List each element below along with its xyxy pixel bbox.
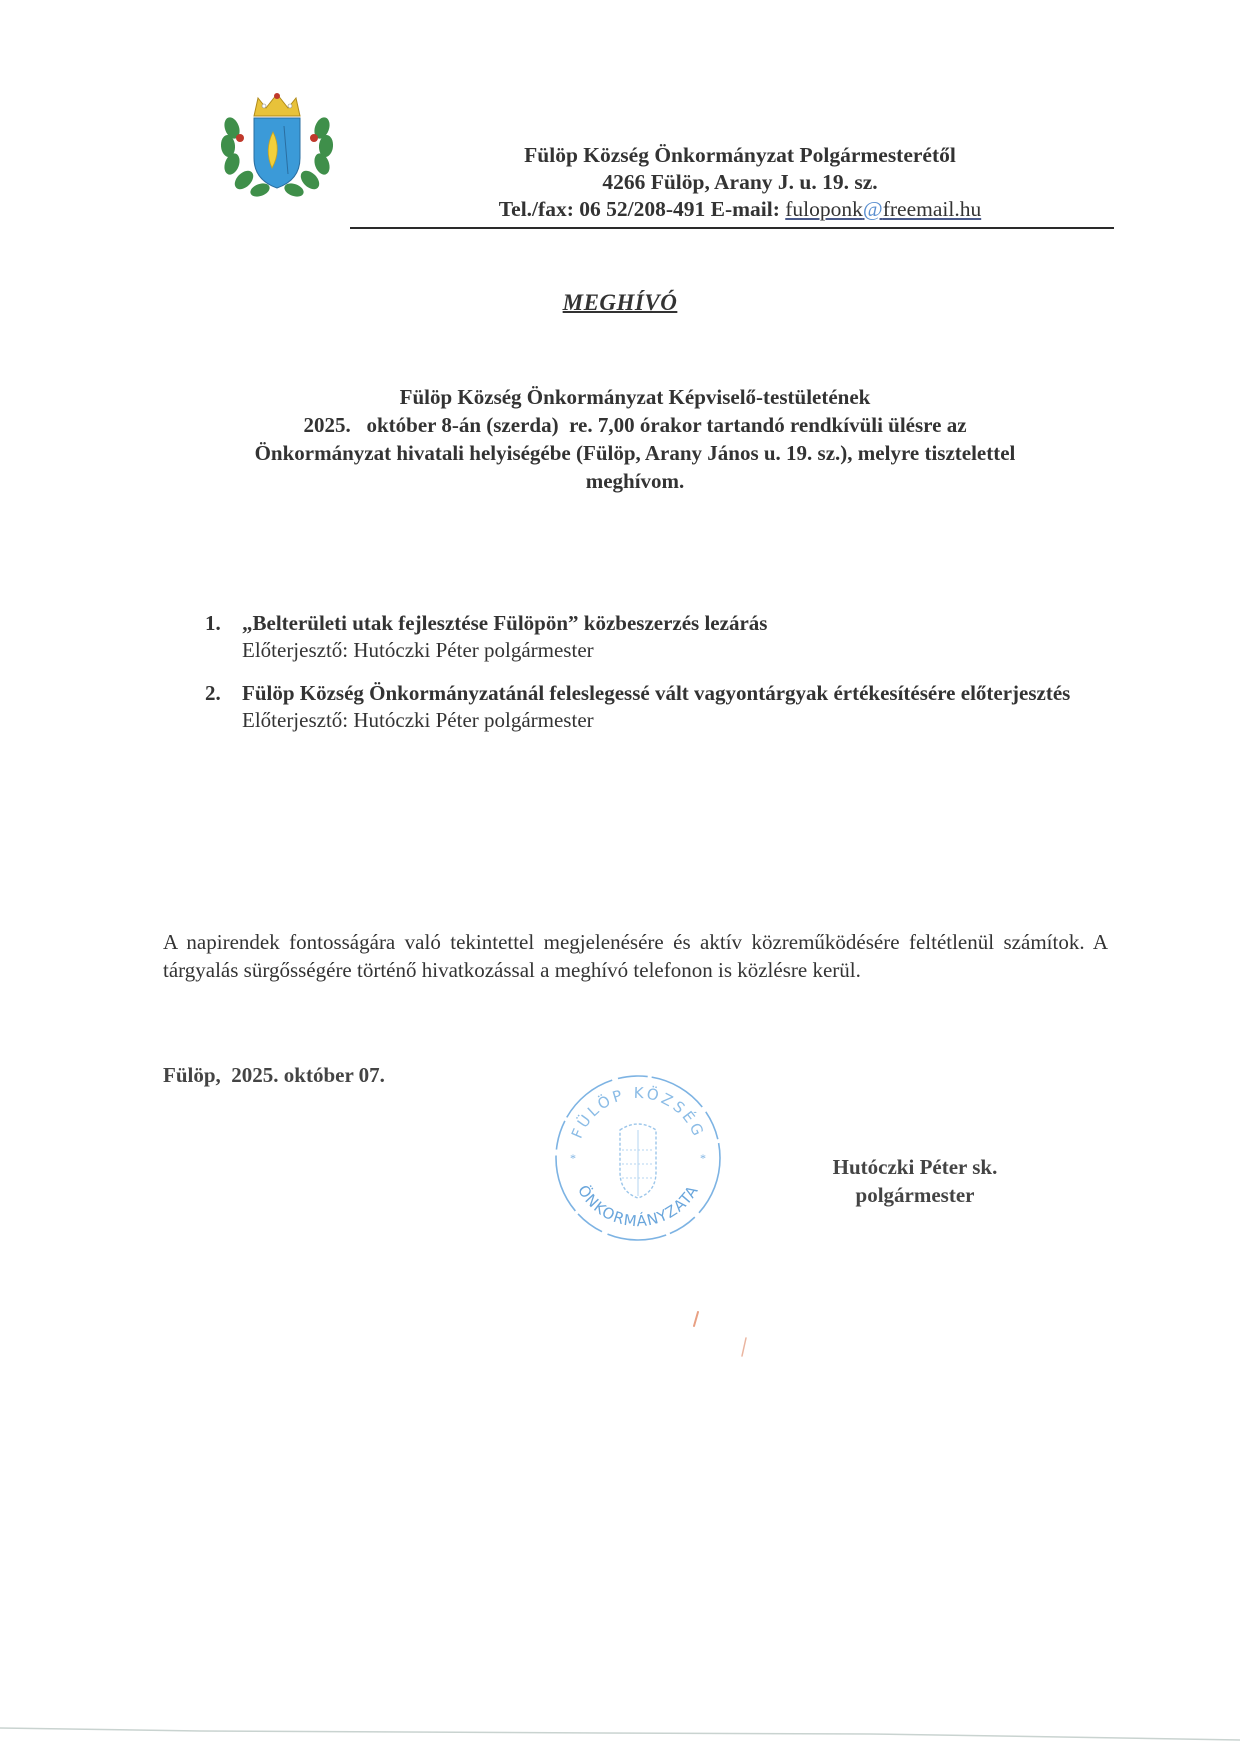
intro-line: meghívom.	[170, 467, 1100, 495]
agenda-title: „Belterületi utak fejlesztése Fülöpön” k…	[242, 610, 1115, 637]
document-date: Fülöp, 2025. október 07.	[163, 1063, 385, 1088]
agenda-list: 1. „Belterületi utak fejlesztése Fülöpön…	[205, 610, 1115, 750]
svg-text:*: *	[570, 1151, 576, 1165]
contact-phone: Tel./fax: 06 52/208-491 E-mail:	[499, 197, 785, 221]
agenda-presenter: Előterjesztő: Hutóczki Péter polgármeste…	[242, 707, 1115, 734]
agenda-number: 2.	[205, 680, 221, 707]
agenda-item: 1. „Belterületi utak fejlesztése Fülöpön…	[205, 610, 1115, 664]
agenda-number: 1.	[205, 610, 221, 637]
signatory-role: polgármester	[810, 1181, 1020, 1209]
header-divider	[350, 227, 1114, 229]
agenda-item: 2. Fülöp Község Önkormányzatánál felesle…	[205, 680, 1115, 734]
signatory-name: Hutóczki Péter sk.	[810, 1153, 1020, 1181]
ink-marks	[680, 1300, 760, 1360]
closing-paragraph: A napirendek fontosságára való tekintett…	[163, 928, 1108, 984]
intro-line: Önkormányzat hivatali helyiségébe (Fülöp…	[170, 439, 1100, 467]
coat-of-arms-icon	[218, 88, 336, 198]
document-title: MEGHÍVÓ	[520, 290, 720, 316]
signature-block: Hutóczki Péter sk. polgármester	[810, 1153, 1020, 1209]
email-link[interactable]: fuloponk@freemail.hu	[785, 197, 981, 221]
intro-line: 2025. október 8-án (szerda) re. 7,00 óra…	[170, 411, 1100, 439]
scan-edge	[0, 1726, 1240, 1746]
agenda-title: Fülöp Község Önkormányzatánál felesleges…	[242, 680, 1115, 707]
letterhead: Fülöp Község Önkormányzat Polgármesterét…	[420, 142, 1060, 223]
invitation-intro: Fülöp Község Önkormányzat Képviselő-test…	[170, 383, 1100, 495]
organization-address: 4266 Fülöp, Arany J. u. 19. sz.	[420, 169, 1060, 196]
organization-name: Fülöp Község Önkormányzat Polgármesterét…	[420, 142, 1060, 169]
official-stamp-icon: FÜLÖP KÖZSÉG ÖNKORMÁNYZATA * *	[548, 1068, 728, 1248]
agenda-presenter: Előterjesztő: Hutóczki Péter polgármeste…	[242, 637, 1115, 664]
contact-line: Tel./fax: 06 52/208-491 E-mail: fuloponk…	[420, 196, 1060, 223]
intro-line: Fülöp Község Önkormányzat Képviselő-test…	[170, 383, 1100, 411]
svg-text:*: *	[700, 1151, 706, 1165]
